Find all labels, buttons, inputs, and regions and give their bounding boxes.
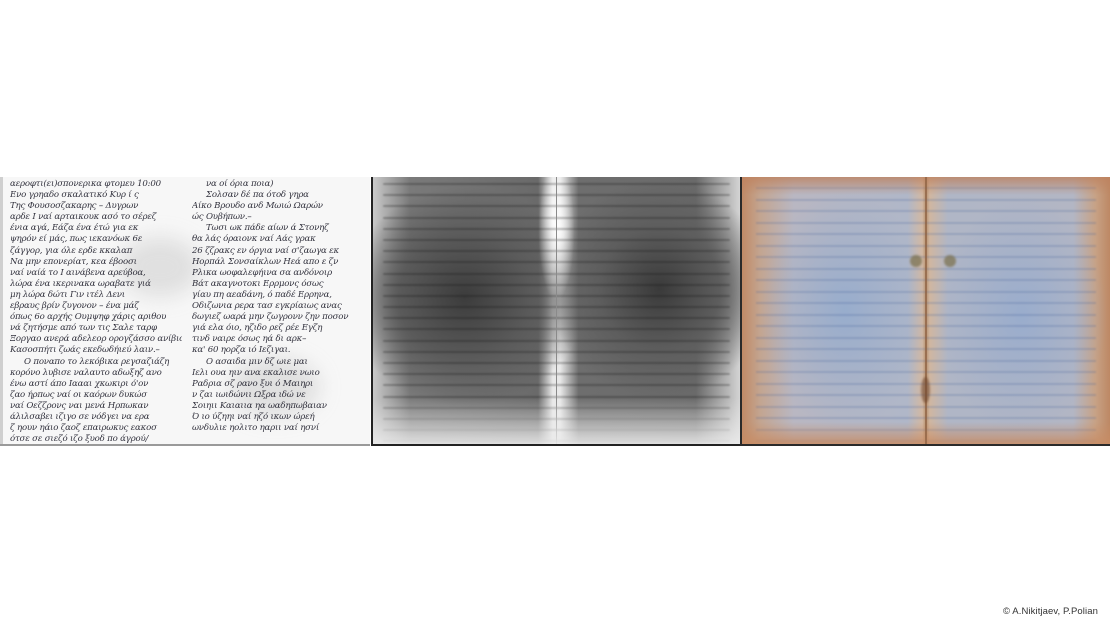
stain-spot xyxy=(944,255,956,267)
handwritten-line: Σοιηιι Καιαιια ηα ωαδηπωβαιαν xyxy=(192,401,364,412)
binding-stain xyxy=(921,377,930,403)
handwritten-line: γίαυ πη αεαδάνη, ό παδέ Ερρηνα, xyxy=(192,290,364,301)
handwritten-line: τινδ ναιρε όσως ηά δι αρκ– xyxy=(192,334,364,345)
handwritten-line: μη λώρα δώτι Γιν ιτέλ Δενι xyxy=(10,290,182,301)
handwritten-line: Να μην επονερίατ, κεα έβοοσι xyxy=(10,257,182,268)
handwritten-line: Ενο γρηαδο σκαλατικό Κυρ ί ς xyxy=(10,190,182,201)
handwritten-line: ένια αγά, Εάζα ένα έτώ για εκ xyxy=(10,223,182,234)
handwritten-line: ναί Οεζζρονς ναι μενά Ηρπωκαν xyxy=(10,401,182,412)
original-scan-panel xyxy=(740,177,1110,446)
handwritten-line: Ο ασαιδα μιν δζ ωιε μαι xyxy=(192,357,364,368)
handwritten-line: άλιλσαβει ιζιγο σε νόδγει να ερα xyxy=(10,412,182,423)
handwritten-line: Ραδρια σζ ρανο ξυι ό Μαιηρι xyxy=(192,379,364,390)
photo-credit: © A.Nikitjaev, P.Polian xyxy=(1003,606,1098,617)
handwritten-line: Βάτ ακαγνοτοκι Ερρμονς όσως xyxy=(192,279,364,290)
handwritten-line: ναί ναίά το Ι αινάβενα αρεύβοα, xyxy=(10,268,182,279)
handwritten-line: Ηορπάλ Σονσαίκλων Ηεά απο ε ζν xyxy=(192,257,364,268)
handwritten-line: Τωσι ωκ πάδε αίων ά Στονηζ xyxy=(192,223,364,234)
page-fold xyxy=(925,177,927,444)
handwritten-line: νά ζητήσμε από των τις Σαλε ταρφ xyxy=(10,323,182,334)
handwritten-line: όπως 6ο αρχής Ουμψηφ χάρις αριθου xyxy=(10,312,182,323)
handwritten-line: ν ζαι ιωιδώνιι Ωξρα ιδώ νε xyxy=(192,390,364,401)
handwritten-line: Ξοργαο ανερά αδελεορ ορογζάσσο ανίβιος xyxy=(10,334,182,345)
handwritten-line: αρδε Ι ναί αρταικουκ ασό το σέρεζ xyxy=(10,212,182,223)
handwritten-line: ζαο ήρπως ναί οι καόρων δυκώσ xyxy=(10,390,182,401)
handwritten-line: αεροφτι(ει)σπονερικα φτομευ 10:00 xyxy=(10,179,182,190)
handwritten-line: ότσε σε σιεζό ιζο ξυοδ πο άγρού/ xyxy=(10,434,182,445)
handwritten-line: Ρλικα ωοφαλεφήινα σα ανδόνοιρ xyxy=(192,268,364,279)
handwritten-line: δωγιεζ ωαρά μην ζωγρονν ζην ποσον xyxy=(192,312,364,323)
handwritten-line: Κασοσπήτι ζωάς εκεδωδήιεύ λαιν.– xyxy=(10,345,182,356)
handwritten-line: ψηρόν εί μάς, πως ιεκανόωκ 6ε xyxy=(10,234,182,245)
handwritten-line: ένω αστί άπο Ιαααι χκωκιρι ό'ον xyxy=(10,379,182,390)
handwritten-line: γιά ελα όιο, ηζιδο ρεζ ρέε Εγζη xyxy=(192,323,364,334)
handwritten-line: 26 ζζρακς εν όργια ναί σ'ζαωγα εκ xyxy=(192,246,364,257)
handwritten-line: λώρα ένα ικερινακα ωραβατε γιά xyxy=(10,279,182,290)
letter-right-page: να οί όρια ποια)Σολσαν δέ πα ότοδ γηραΑί… xyxy=(192,177,364,444)
handwritten-line: θα λάς όραιονκ ναί Αάς γρακ xyxy=(192,234,364,245)
handwritten-line: ωνδυλιε ηολιτο ηαριι ναί ησνί xyxy=(192,423,364,434)
handwritten-line: Ο ποναπο το λεκόβικα ρεγσαζιάζη xyxy=(10,357,182,368)
handwritten-line: Ό ιο ύζηηι ναί ηζό ικων ώρεή xyxy=(192,412,364,423)
handwritten-line: Σολσαν δέ πα ότοδ γηρα xyxy=(192,190,364,201)
enhanced-scan-panel: αεροφτι(ει)σπονερικα φτομευ 10:00Ενο γρη… xyxy=(0,177,370,446)
handwritten-line: εβραυς βρίν ζυγονον – ένα μάζ xyxy=(10,301,182,312)
handwritten-line: Οδιζωνια ρερα τασ εγκρίαιως ανας xyxy=(192,301,364,312)
handwritten-line: Αίκο Βρουδο ανδ Μωιώ Ωαρών xyxy=(192,201,364,212)
page-edge xyxy=(0,177,3,444)
handwritten-line: ζάγγορ, για όλε ερδε κκαλαπ xyxy=(10,246,182,257)
grayscale-scan-panel xyxy=(371,177,740,446)
handwritten-line: Της Φουσοσζακαρης – Δυγρων xyxy=(10,201,182,212)
handwritten-line: κα' 60 ηορζα ιό Ιεζιγαι. xyxy=(192,345,364,356)
handwritten-line: Ιελι ουα ηιν ανα εκαλισε νωιο xyxy=(192,368,364,379)
handwritten-line: ώς Ουβήπων.– xyxy=(192,212,364,223)
bottom-highlight xyxy=(373,398,740,444)
handwritten-line: ζ ηουν ηάιο ζαοζ επαιρωκυς εακοσ xyxy=(10,423,182,434)
letter-left-page: αεροφτι(ει)σπονερικα φτομευ 10:00Ενο γρη… xyxy=(10,177,182,444)
document-scans-strip: αεροφτι(ει)σπονερικα φτομευ 10:00Ενο γρη… xyxy=(0,177,1110,446)
handwritten-line: κορόνο λυβισε ναλαυτο αδωξηζ ανο xyxy=(10,368,182,379)
stain-spot xyxy=(910,255,922,267)
handwritten-line: να οί όρια ποια) xyxy=(192,179,364,190)
